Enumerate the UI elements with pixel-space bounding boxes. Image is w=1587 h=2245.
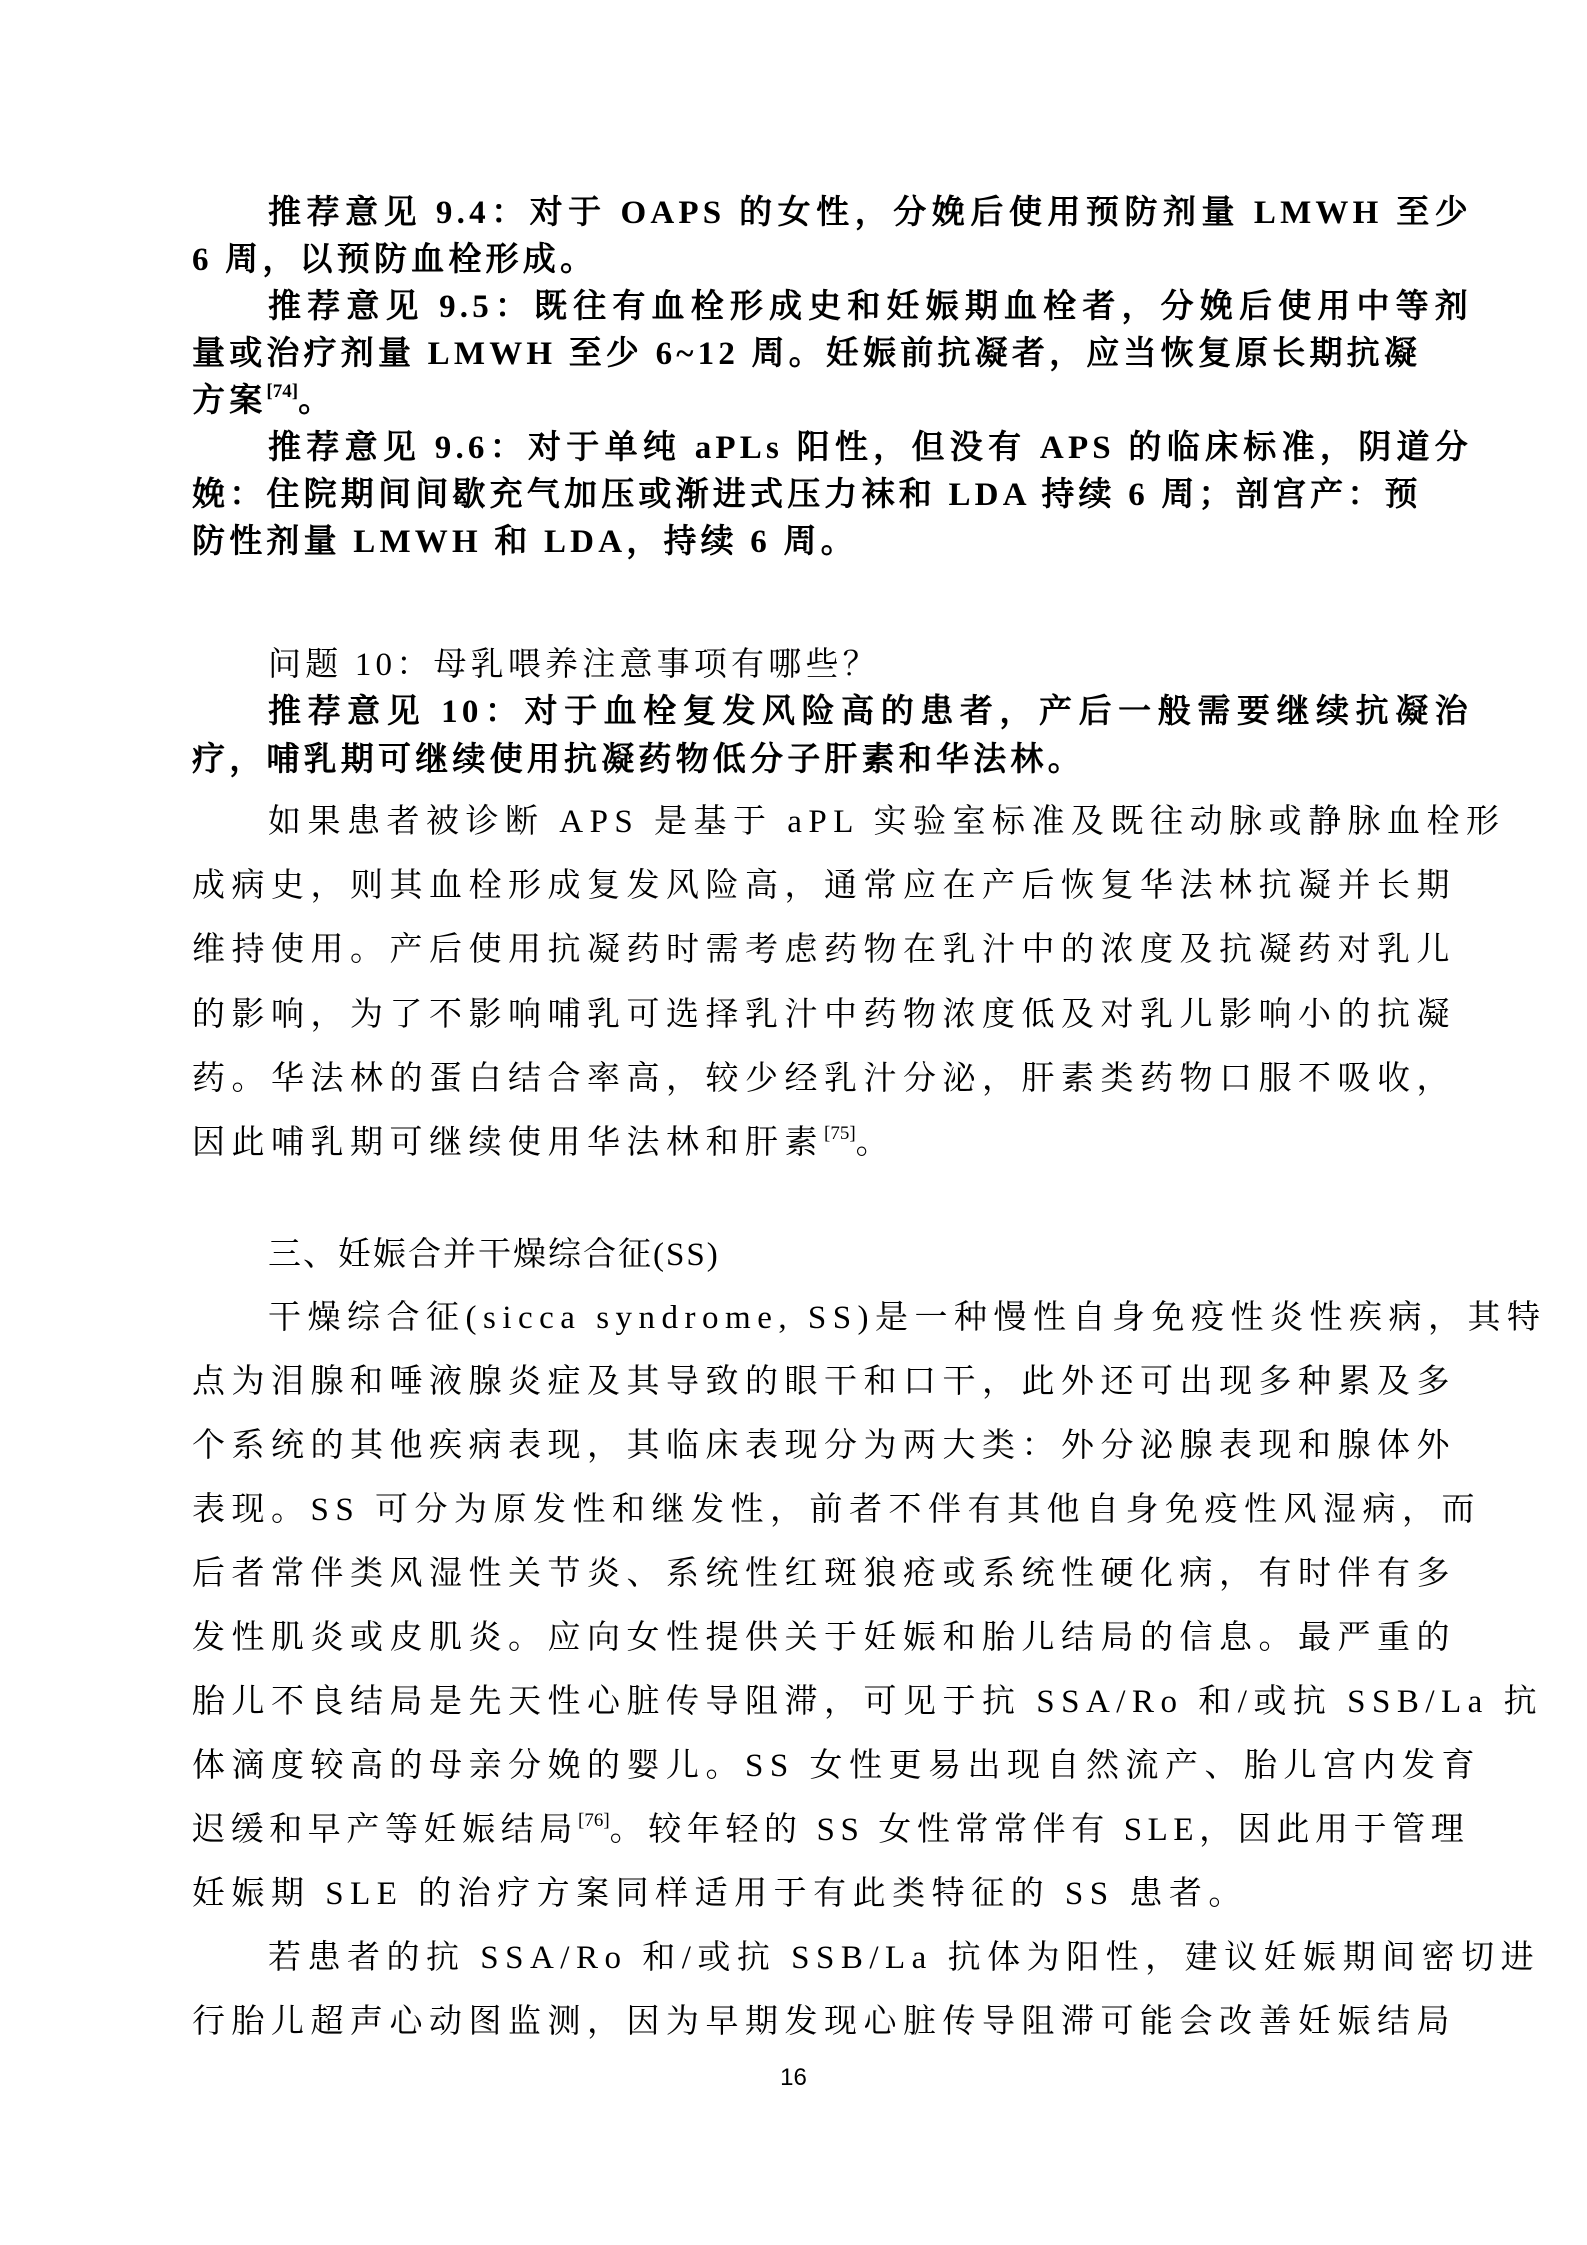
paragraph-text: 迟缓和早产等妊娠结局 [192, 1812, 578, 1848]
paragraph-line: 成病史，则其血栓形成复发风险高，通常应在产后恢复华法林抗凝并长期 [192, 866, 1396, 906]
recommendation-9-6-line-1: 推荐意见 9.6：对于单纯 aPLs 阳性，但没有 APS 的临床标准，阴道分 [192, 428, 1472, 468]
paragraph-line: 发性肌炎或皮肌炎。应向女性提供关于妊娠和胎儿结局的信息。最严重的 [192, 1618, 1396, 1658]
paragraph-line: 的影响，为了不影响哺乳可选择乳汁中药物浓度低及对乳儿影响小的抗凝 [192, 995, 1396, 1035]
paragraph-line: 体滴度较高的母亲分娩的婴儿。SS 女性更易出现自然流产、胎儿宫内发育 [192, 1746, 1396, 1786]
recommendation-9-5-line-1: 推荐意见 9.5：既往有血栓形成史和妊娠期血栓者，分娩后使用中等剂 [192, 287, 1472, 327]
paragraph-line: 胎儿不良结局是先天性心脏传导阻滞，可见于抗 SSA/Ro 和/或抗 SSB/La… [192, 1682, 1396, 1722]
paragraph-line: 如果患者被诊断 APS 是基于 aPL 实验室标准及既往动脉或静脉血栓形 [192, 802, 1472, 842]
paragraph-line: 行胎儿超声心动图监测，因为早期发现心脏传导阻滞可能会改善妊娠结局 [192, 2002, 1396, 2042]
recommendation-9-5-line-2: 量或治疗剂量 LMWH 至少 6~12 周。妊娠前抗凝者，应当恢复原长期抗凝 [192, 334, 1396, 374]
page-number: 16 [0, 2064, 1587, 2092]
recommendation-9-4-line-2: 6 周，以预防血栓形成。 [192, 240, 1396, 280]
paragraph-line: 个系统的其他疾病表现，其临床表现分为两大类：外分泌腺表现和腺体外 [192, 1426, 1396, 1466]
citation-74: [74] [266, 381, 298, 402]
paragraph-line: 妊娠期 SLE 的治疗方案同样适用于有此类特征的 SS 患者。 [192, 1874, 1396, 1914]
paragraph-line: 维持使用。产后使用抗凝药时需考虑药物在乳汁中的浓度及抗凝药对乳儿 [192, 930, 1396, 970]
paragraph-text: 。较年轻的 SS 女性常常伴有 SLE，因此用于管理 [610, 1812, 1470, 1848]
paragraph-line: 药。华法林的蛋白结合率高，较少经乳汁分泌，肝素类药物口服不吸收， [192, 1059, 1396, 1099]
section-heading: 三、妊娠合并干燥综合征(SS) [192, 1235, 1472, 1275]
recommendation-10-line-1: 推荐意见 10：对于血栓复发风险高的患者，产后一般需要继续抗凝治 [192, 692, 1472, 732]
paragraph-line: 点为泪腺和唾液腺炎症及其导致的眼干和口干，此外还可出现多种累及多 [192, 1362, 1396, 1402]
paragraph-line: 表现。SS 可分为原发性和继发性，前者不伴有其他自身免疫性风湿病，而 [192, 1490, 1396, 1530]
paragraph-line-last: 因此哺乳期可继续使用华法林和肝素[75]。 [192, 1123, 1396, 1163]
paragraph-line-with-citation: 迟缓和早产等妊娠结局[76]。较年轻的 SS 女性常常伴有 SLE，因此用于管理 [192, 1810, 1396, 1850]
recommendation-10-line-2: 疗，哺乳期可继续使用抗凝药物低分子肝素和华法林。 [192, 740, 1396, 780]
paragraph-line: 干燥综合征(sicca syndrome, SS)是一种慢性自身免疫性炎性疾病，… [192, 1298, 1472, 1338]
recommendation-9-5-text: 方案 [192, 383, 266, 419]
paragraph-end: 。 [856, 1125, 896, 1161]
recommendation-9-5-end: 。 [298, 383, 335, 419]
citation-76: [76] [578, 1810, 610, 1831]
recommendation-9-6-line-3: 防性剂量 LMWH 和 LDA，持续 6 周。 [192, 522, 1396, 562]
recommendation-9-4-line-1: 推荐意见 9.4：对于 OAPS 的女性，分娩后使用预防剂量 LMWH 至少 [192, 193, 1472, 233]
question-10-heading: 问题 10：母乳喂养注意事项有哪些？ [192, 645, 1472, 685]
recommendation-9-6-line-2: 娩：住院期间间歇充气加压或渐进式压力袜和 LDA 持续 6 周；剖宫产：预 [192, 475, 1396, 515]
recommendation-9-5-line-3: 方案[74]。 [192, 381, 1396, 421]
paragraph-line: 若患者的抗 SSA/Ro 和/或抗 SSB/La 抗体为阳性，建议妊娠期间密切进 [192, 1938, 1472, 1978]
citation-75: [75] [824, 1123, 856, 1144]
paragraph-line: 后者常伴类风湿性关节炎、系统性红斑狼疮或系统性硬化病，有时伴有多 [192, 1554, 1396, 1594]
paragraph-text: 因此哺乳期可继续使用华法林和肝素 [192, 1125, 824, 1161]
